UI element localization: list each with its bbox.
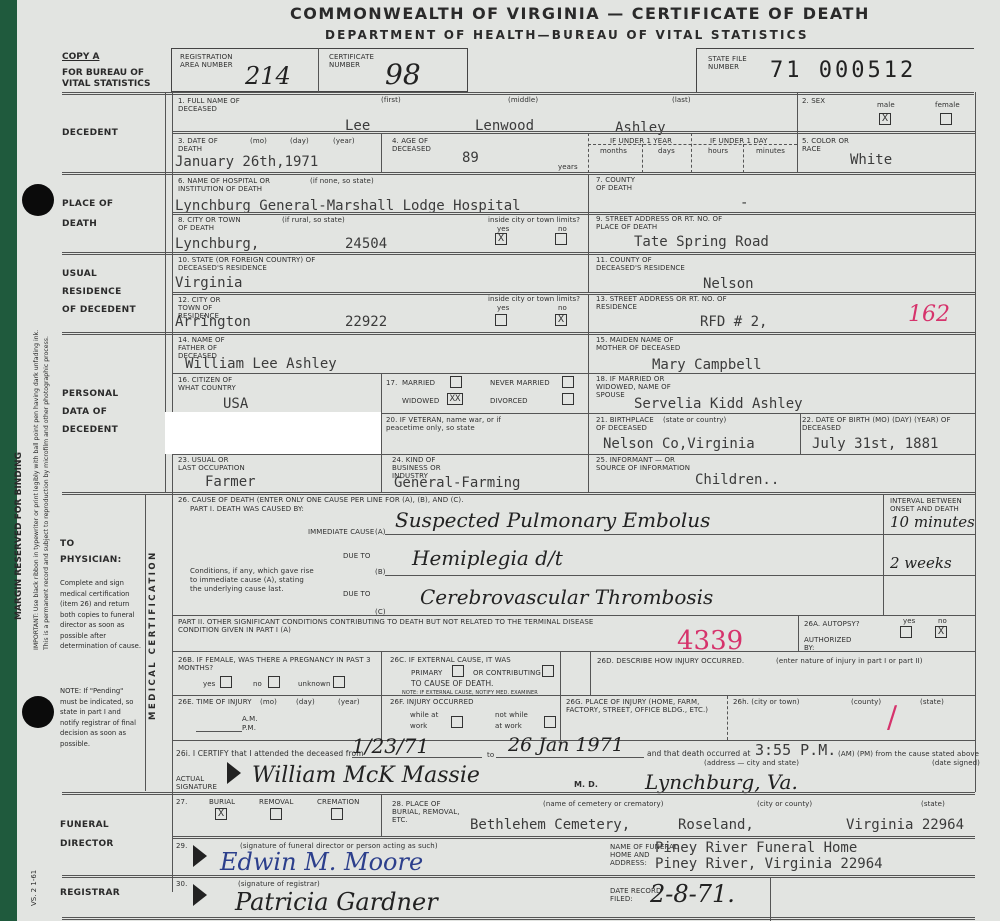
- county-of-death[interactable]: -: [740, 195, 748, 211]
- section-funeral-1: FUNERAL: [60, 816, 109, 834]
- cause-c[interactable]: Cerebrovascular Thrombosis: [420, 585, 713, 609]
- street-of-residence[interactable]: RFD # 2,: [700, 314, 767, 330]
- city-of-residence[interactable]: Arrington: [175, 314, 251, 330]
- director-arrow-icon: [193, 845, 207, 867]
- registration-area-value: 214: [245, 62, 291, 90]
- margin-important-line2: This is a permanent record and subject t…: [43, 336, 50, 650]
- form-number: VS. 2 1-61: [30, 870, 38, 906]
- copy-for-2: VITAL STATISTICS: [62, 79, 151, 89]
- field-26f-label: 26f. INJURY OCCURRED: [390, 698, 474, 706]
- burial-checkbox[interactable]: X: [215, 808, 227, 820]
- copy-for: FOR BUREAU OF: [62, 68, 144, 78]
- field-15-label: 15. MAIDEN NAME OF MOTHER OF DECEASED: [596, 336, 696, 352]
- section-usual-res-3: OF DECEDENT: [62, 301, 136, 319]
- industry[interactable]: General-Farming: [394, 475, 520, 491]
- section-usual-res-1: USUAL: [62, 265, 97, 283]
- field-3-label: 3. DATE OF DEATH: [178, 137, 228, 153]
- birthplace[interactable]: Nelson Co,Virginia: [603, 436, 755, 452]
- field-28-label: 28. PLACE OF BURIAL, REMOVAL, ETC.: [392, 800, 462, 824]
- widowed-checkbox[interactable]: XX: [447, 393, 463, 405]
- section-personal-1: PERSONAL: [62, 385, 118, 403]
- field-9-label: 9. STREET ADDRESS OR RT. NO. OF PLACE OF…: [596, 215, 736, 231]
- not-at-work-checkbox[interactable]: [544, 716, 556, 728]
- field-21-label: 21. BIRTHPLACE OF DECEASED: [596, 416, 656, 432]
- certificate-number-value: 98: [385, 58, 421, 91]
- cemetery-city[interactable]: Roseland,: [678, 817, 754, 833]
- state-file-value: 71 000512: [770, 58, 916, 83]
- binding-hole-bottom: [22, 696, 54, 728]
- field-13-label: 13. STREET ADDRESS OR RT. NO. OF RESIDEN…: [596, 295, 736, 311]
- residence-inside-limits-yes[interactable]: [495, 314, 507, 326]
- section-personal-3: DECEDENT: [62, 421, 118, 439]
- registrar-arrow-icon: [193, 884, 207, 906]
- medical-certification-label: MEDICAL CERTIFICATION: [148, 550, 158, 720]
- field-4-label: 4. AGE OF DECEASED: [392, 137, 452, 153]
- spouse-name[interactable]: Servelia Kidd Ashley: [634, 396, 803, 412]
- time-of-death[interactable]: 3:55 P.M.: [755, 741, 836, 759]
- attended-from[interactable]: 1/23/71: [352, 734, 429, 758]
- state-of-residence[interactable]: Virginia: [175, 275, 242, 291]
- cemetery[interactable]: Bethlehem Cemetery,: [470, 817, 630, 833]
- autopsy-label: 26a. AUTOPSY?: [804, 620, 860, 628]
- physician-signature[interactable]: William McK Massie: [252, 763, 480, 788]
- field-26-label: 26. CAUSE OF DEATH (Enter only one cause…: [178, 496, 578, 504]
- cause-a[interactable]: Suspected Pulmonary Embolus: [395, 508, 710, 532]
- city-of-death[interactable]: Lynchburg,: [175, 236, 259, 252]
- removal-checkbox[interactable]: [270, 808, 282, 820]
- registrar-signature[interactable]: Patricia Gardner: [235, 888, 438, 916]
- conditions-note: Conditions, if any, which gave rise to i…: [190, 567, 315, 594]
- funeral-home-name[interactable]: Piney River Funeral Home: [655, 840, 857, 856]
- zip-of-residence[interactable]: 22922: [345, 314, 387, 330]
- death-inside-limits-yes[interactable]: X: [495, 233, 507, 245]
- interval-b[interactable]: 2 weeks: [890, 554, 952, 572]
- copy-label: COPY A: [62, 52, 99, 62]
- section-registrar: REGISTRAR: [60, 884, 120, 902]
- field-26h-label: 26h. (city or town): [733, 698, 800, 706]
- date-of-death[interactable]: January 26th,1971: [175, 154, 318, 170]
- field-26c-label: 26c. IF EXTERNAL CAUSE, IT WAS: [390, 656, 511, 664]
- never-married-checkbox[interactable]: [562, 376, 574, 388]
- pregnancy-yes-checkbox[interactable]: [220, 676, 232, 688]
- pregnancy-no-checkbox[interactable]: [268, 676, 280, 688]
- date-of-birth[interactable]: July 31st, 1881: [812, 436, 938, 452]
- sex-female-checkbox[interactable]: [940, 113, 952, 125]
- age[interactable]: 89: [462, 150, 479, 166]
- document-subtitle: DEPARTMENT OF HEALTH—BUREAU OF VITAL STA…: [325, 28, 809, 42]
- section-personal-2: DATA OF: [62, 403, 107, 421]
- field-26e-label: 26e. TIME OF INJURY: [178, 698, 252, 706]
- father-name[interactable]: William Lee Ashley: [185, 356, 337, 372]
- autopsy-no-checkbox[interactable]: X: [935, 626, 947, 638]
- external-contributing-checkbox[interactable]: [542, 665, 554, 677]
- section-usual-res-2: RESIDENCE: [62, 283, 122, 301]
- part-2-label: PART II. OTHER SIGNIFICANT CONDITIONS CO…: [178, 618, 598, 634]
- document-title: COMMONWEALTH OF VIRGINIA — CERTIFICATE O…: [290, 4, 870, 23]
- autopsy-yes-checkbox[interactable]: [900, 626, 912, 638]
- section-decedent: DECEDENT: [62, 124, 118, 142]
- field-1-label: 1. FULL NAME OF DECEASED: [178, 97, 248, 113]
- informant[interactable]: Children..: [695, 472, 779, 488]
- margin-important-line1: IMPORTANT: Use black ribbon in typewrite…: [33, 330, 40, 650]
- at-work-checkbox[interactable]: [451, 716, 463, 728]
- divorced-checkbox[interactable]: [562, 393, 574, 405]
- field-25-label: 25. INFORMANT — OR SOURCE OF INFORMATION: [596, 456, 696, 472]
- death-inside-limits-no[interactable]: [555, 233, 567, 245]
- field-8-label: 8. CITY OR TOWN OF DEATH: [178, 216, 243, 232]
- pregnancy-unknown-checkbox[interactable]: [333, 676, 345, 688]
- funeral-director-signature[interactable]: Edwin M. Moore: [220, 848, 423, 876]
- binding-hole-top: [22, 184, 54, 216]
- cremation-checkbox[interactable]: [331, 808, 343, 820]
- margin-title: MARGIN RESERVED FOR BINDING: [14, 452, 24, 620]
- zip-of-death[interactable]: 24504: [345, 236, 387, 252]
- field-23-label: 23. USUAL OR LAST OCCUPATION: [178, 456, 248, 472]
- cemetery-state[interactable]: Virginia 22964: [846, 817, 964, 833]
- cause-b[interactable]: Hemiplegia d/t: [412, 546, 563, 570]
- field-20-label: 20. IF VETERAN, name war, or if peacetim…: [386, 416, 506, 432]
- race[interactable]: White: [850, 152, 892, 168]
- mother-name[interactable]: Mary Campbell: [652, 357, 762, 373]
- field-26g-label: 26g. PLACE OF INJURY (home, farm, factor…: [566, 698, 716, 714]
- certificate-number-label: CERTIFICATE NUMBER: [329, 53, 389, 69]
- field-22-label: 22. DATE OF BIRTH (mo) (day) (year) OF D…: [802, 416, 952, 432]
- physician-instructions: Complete and sign medical certification …: [60, 578, 142, 652]
- occupation[interactable]: Farmer: [205, 474, 256, 490]
- field-11-label: 11. COUNTY OF DECEASED'S RESIDENCE: [596, 256, 686, 272]
- date-filed[interactable]: 2-8-71.: [650, 880, 735, 908]
- interval-a[interactable]: 10 minutes: [890, 513, 975, 531]
- field-6-label: 6. NAME OF HOSPITAL OR INSTITUTION OF DE…: [178, 177, 273, 193]
- funeral-home-address[interactable]: Piney River, Virginia 22964: [655, 856, 883, 872]
- section-physician-2: PHYSICIAN:: [60, 551, 122, 569]
- street-of-death[interactable]: Tate Spring Road: [634, 234, 769, 250]
- field-5-label: 5. COLOR OR RACE: [802, 137, 852, 153]
- field-26d-label: 26d. DESCRIBE HOW INJURY OCCURRED.: [597, 657, 744, 665]
- county-of-residence[interactable]: Nelson: [703, 276, 754, 292]
- signature-address[interactable]: Lynchburg, Va.: [645, 770, 798, 794]
- field-2-label: 2. SEX: [802, 97, 825, 105]
- state-file-label: STATE FILE NUMBER: [708, 55, 753, 71]
- redacted-field: [165, 412, 381, 454]
- signature-arrow-icon: [227, 762, 241, 784]
- certify-label: 26i. I CERTIFY that I attended the decea…: [176, 750, 364, 758]
- red-mark: /: [887, 700, 897, 735]
- section-place-of-death-2: DEATH: [62, 215, 97, 233]
- citizenship[interactable]: USA: [223, 396, 248, 412]
- red-annotation-162: 162: [908, 302, 950, 327]
- field-26b-label: 26b. IF FEMALE, WAS THERE A PREGNANCY IN…: [178, 656, 378, 672]
- registration-area-label: REGISTRATION AREA NUMBER: [180, 53, 250, 69]
- field-10-label: 10. STATE (OR FOREIGN COUNTRY) OF DECEAS…: [178, 256, 328, 272]
- section-place-of-death-1: PLACE OF: [62, 195, 113, 213]
- sex-male-checkbox[interactable]: X: [879, 113, 891, 125]
- field-7-label: 7. COUNTY OF DEATH: [596, 176, 646, 192]
- married-checkbox[interactable]: [450, 376, 462, 388]
- residence-inside-limits-no[interactable]: X: [555, 314, 567, 326]
- interval-label: INTERVAL BETWEEN ONSET AND DEATH: [890, 497, 970, 513]
- pending-note: NOTE: If "Pending" must be indicated, so…: [60, 686, 142, 749]
- external-primary-checkbox[interactable]: [452, 665, 464, 677]
- field-16-label: 16. CITIZEN OF WHAT COUNTRY: [178, 376, 238, 392]
- section-funeral-2: DIRECTOR: [60, 835, 114, 853]
- attended-to[interactable]: 26 Jan 1971: [508, 734, 624, 756]
